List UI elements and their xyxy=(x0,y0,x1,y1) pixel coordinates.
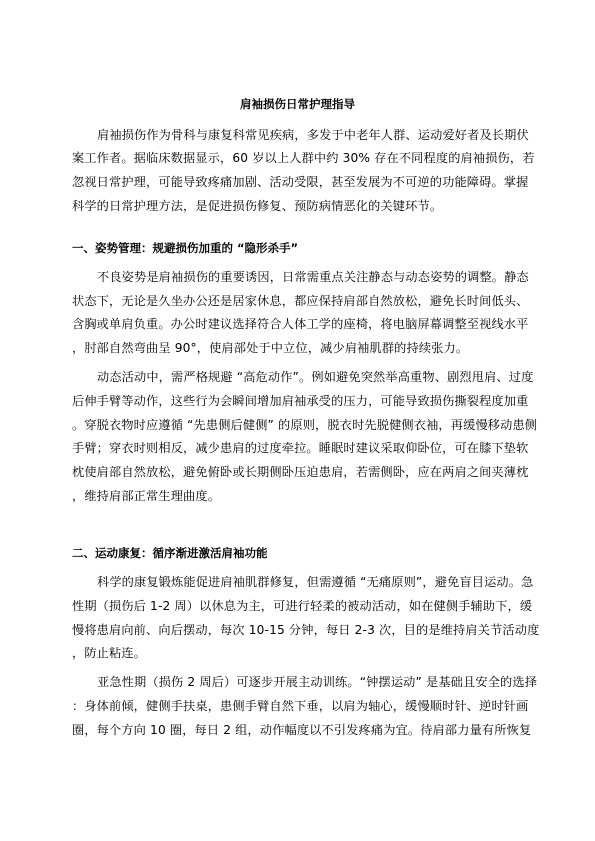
paragraph-line: 后伸手臂等动作，这些行为会瞬间增加肩袖承受的压力，可能导致损伤撕裂程度加重 xyxy=(72,391,518,411)
paragraph-line: 慢将患肩向前、向后摆动，每次 10-15 分钟，每日 2-3 次，目的是维持肩关… xyxy=(72,620,518,640)
document-title: 肩袖损伤日常护理指导 xyxy=(0,94,595,114)
paragraph-line: 性期（损伤后 1-2 周）以休息为主，可进行轻柔的被动活动，如在健侧手辅助下，缓 xyxy=(72,596,518,616)
paragraph-line: 圈，每个方向 10 圈，每日 2 组，动作幅度以不引发疼痛为宜。待肩部力量有所恢… xyxy=(72,720,518,740)
paragraph-line: 动态活动中，需严格规避 “高危动作”。例如避免突然举高重物、剧烈甩肩、过度 xyxy=(97,367,518,387)
paragraph-line: 含胸或单肩负重。办公时建议选择符合人体工学的座椅，将电脑屏幕调整至视线水平 xyxy=(72,314,518,334)
paragraph-line: 。穿脱衣物时应遵循 “先患侧后健侧” 的原则，脱衣时先脱健侧衣袖，再缓慢移动患侧 xyxy=(72,415,518,435)
paragraph-line: 状态下，无论是久坐办公还是居家休息，都应保持肩部自然放松，避免长时间低头、 xyxy=(72,291,518,311)
paragraph-line: 手臂；穿衣时则相反，减少患肩的过度牵拉。睡眠时建议采取仰卧位，可在膝下垫软 xyxy=(72,438,518,458)
paragraph-line: ，维持肩部正常生理曲度。 xyxy=(72,486,518,506)
paragraph-line: ：身体前倾，健侧手扶桌，患侧手臂自然下垂，以肩为轴心，缓慢顺时针、逆时针画 xyxy=(72,696,518,716)
document-page: 肩袖损伤日常护理指导 肩袖损伤作为骨科与康复科常见疾病，多发于中老年人群、运动爱… xyxy=(0,0,595,841)
paragraph-line: 科学的日常护理方法，是促进损伤修复、预防病情恶化的关键环节。 xyxy=(72,196,518,216)
paragraph-line: 不良姿势是肩袖损伤的重要诱因，日常需重点关注静态与动态姿势的调整。静态 xyxy=(97,267,518,287)
paragraph-line: 科学的康复锻炼能促进肩袖肌群修复，但需遵循 “无痛原则”，避免盲目运动。急 xyxy=(97,572,518,592)
section-heading: 一、姿势管理：规避损伤加重的 “隐形杀手” xyxy=(72,238,298,258)
paragraph-line: ，防止粘连。 xyxy=(72,643,518,663)
paragraph-line: 忽视日常护理，可能导致疼痛加剧、活动受限，甚至发展为不可逆的功能障碍。掌握 xyxy=(72,172,518,192)
paragraph-line: 案工作者。据临床数据显示，60 岁以上人群中约 30% 存在不同程度的肩袖损伤，… xyxy=(72,148,518,168)
paragraph-line: 枕使肩部自然放松，避免俯卧或长期侧卧压迫患肩，若需侧卧，应在两肩之间夹薄枕 xyxy=(72,462,518,482)
paragraph-line: 亚急性期（损伤 2 周后）可逐步开展主动训练。“钟摆运动” 是基础且安全的选择 xyxy=(97,672,518,692)
paragraph-line: ，肘部自然弯曲呈 90°，使肩部处于中立位，减少肩袖肌群的持续张力。 xyxy=(72,338,518,358)
section-heading: 二、运动康复：循序渐进激活肩袖功能 xyxy=(72,543,268,563)
paragraph-line: 肩袖损伤作为骨科与康复科常见疾病，多发于中老年人群、运动爱好者及长期伏 xyxy=(97,125,518,145)
